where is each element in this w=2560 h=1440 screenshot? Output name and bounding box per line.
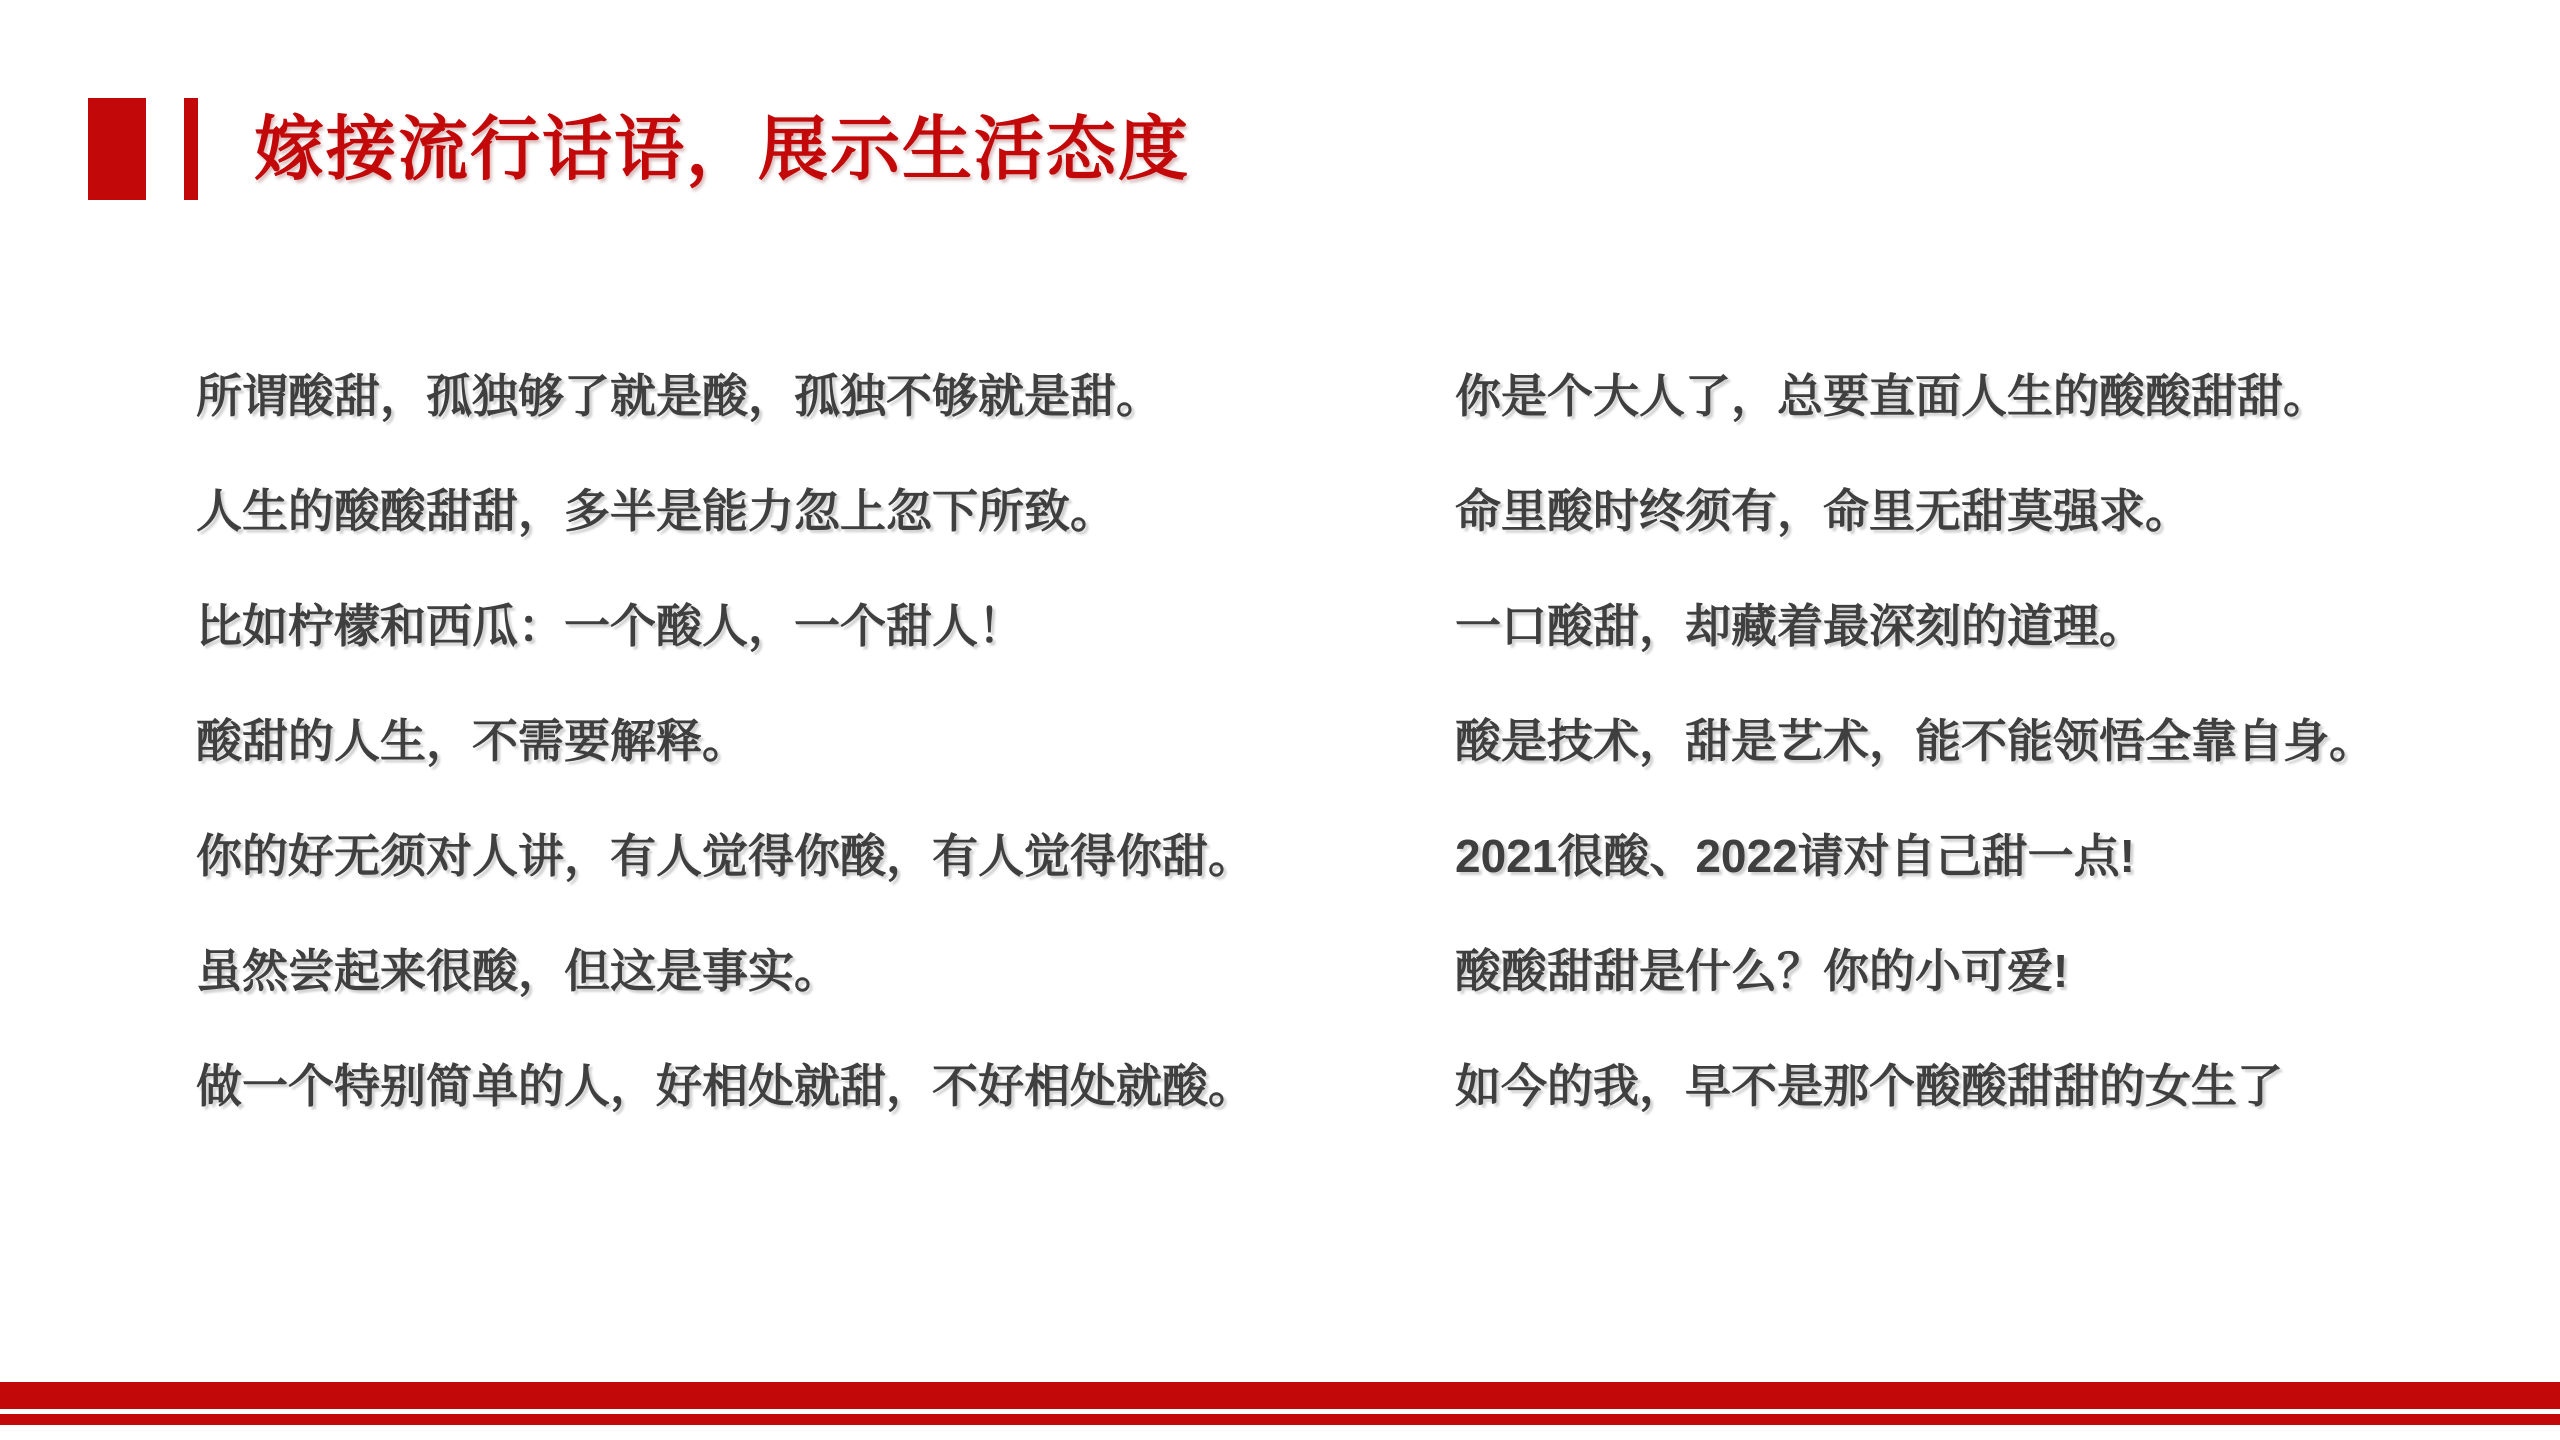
quote-line: 你是个大人了，总要直面人生的酸酸甜甜。 xyxy=(1455,335,2515,450)
quote-line: 做一个特别简单的人，好相处就甜，不好相处就酸。 xyxy=(196,1025,1406,1140)
quote-line: 所谓酸甜，孤独够了就是酸，孤独不够就是甜。 xyxy=(196,335,1406,450)
quote-line: 虽然尝起来很酸，但这是事实。 xyxy=(196,910,1406,1025)
title-accent-bar-icon xyxy=(184,98,198,200)
footer-stripe-thick xyxy=(0,1382,2560,1409)
footer-stripe-thin xyxy=(0,1414,2560,1425)
quote-line: 酸甜的人生，不需要解释。 xyxy=(196,680,1406,795)
quotes-right-column: 你是个大人了，总要直面人生的酸酸甜甜。 命里酸时终须有，命里无甜莫强求。 一口酸… xyxy=(1455,335,2515,1140)
quote-line: 人生的酸酸甜甜，多半是能力忽上忽下所致。 xyxy=(196,450,1406,565)
quote-line: 酸是技术，甜是艺术，能不能领悟全靠自身。 xyxy=(1455,680,2515,795)
quote-line: 如今的我，早不是那个酸酸甜甜的女生了 xyxy=(1455,1025,2515,1140)
quotes-left-column: 所谓酸甜，孤独够了就是酸，孤独不够就是甜。 人生的酸酸甜甜，多半是能力忽上忽下所… xyxy=(196,335,1406,1140)
quote-line: 命里酸时终须有，命里无甜莫强求。 xyxy=(1455,450,2515,565)
quote-line: 酸酸甜甜是什么？你的小可爱! xyxy=(1455,910,2515,1025)
presentation-slide: 嫁接流行话语，展示生活态度 所谓酸甜，孤独够了就是酸，孤独不够就是甜。 人生的酸… xyxy=(0,0,2560,1440)
quote-line: 比如柠檬和西瓜：一个酸人，一个甜人！ xyxy=(196,565,1406,680)
quote-line: 2021很酸、2022请对自己甜一点! xyxy=(1455,795,2515,910)
quote-line: 你的好无须对人讲，有人觉得你酸，有人觉得你甜。 xyxy=(196,795,1406,910)
quote-line: 一口酸甜，却藏着最深刻的道理。 xyxy=(1455,565,2515,680)
slide-title: 嫁接流行话语，展示生活态度 xyxy=(254,98,1190,200)
slide-header: 嫁接流行话语，展示生活态度 xyxy=(88,98,1190,200)
title-accent-square-icon xyxy=(88,98,146,200)
